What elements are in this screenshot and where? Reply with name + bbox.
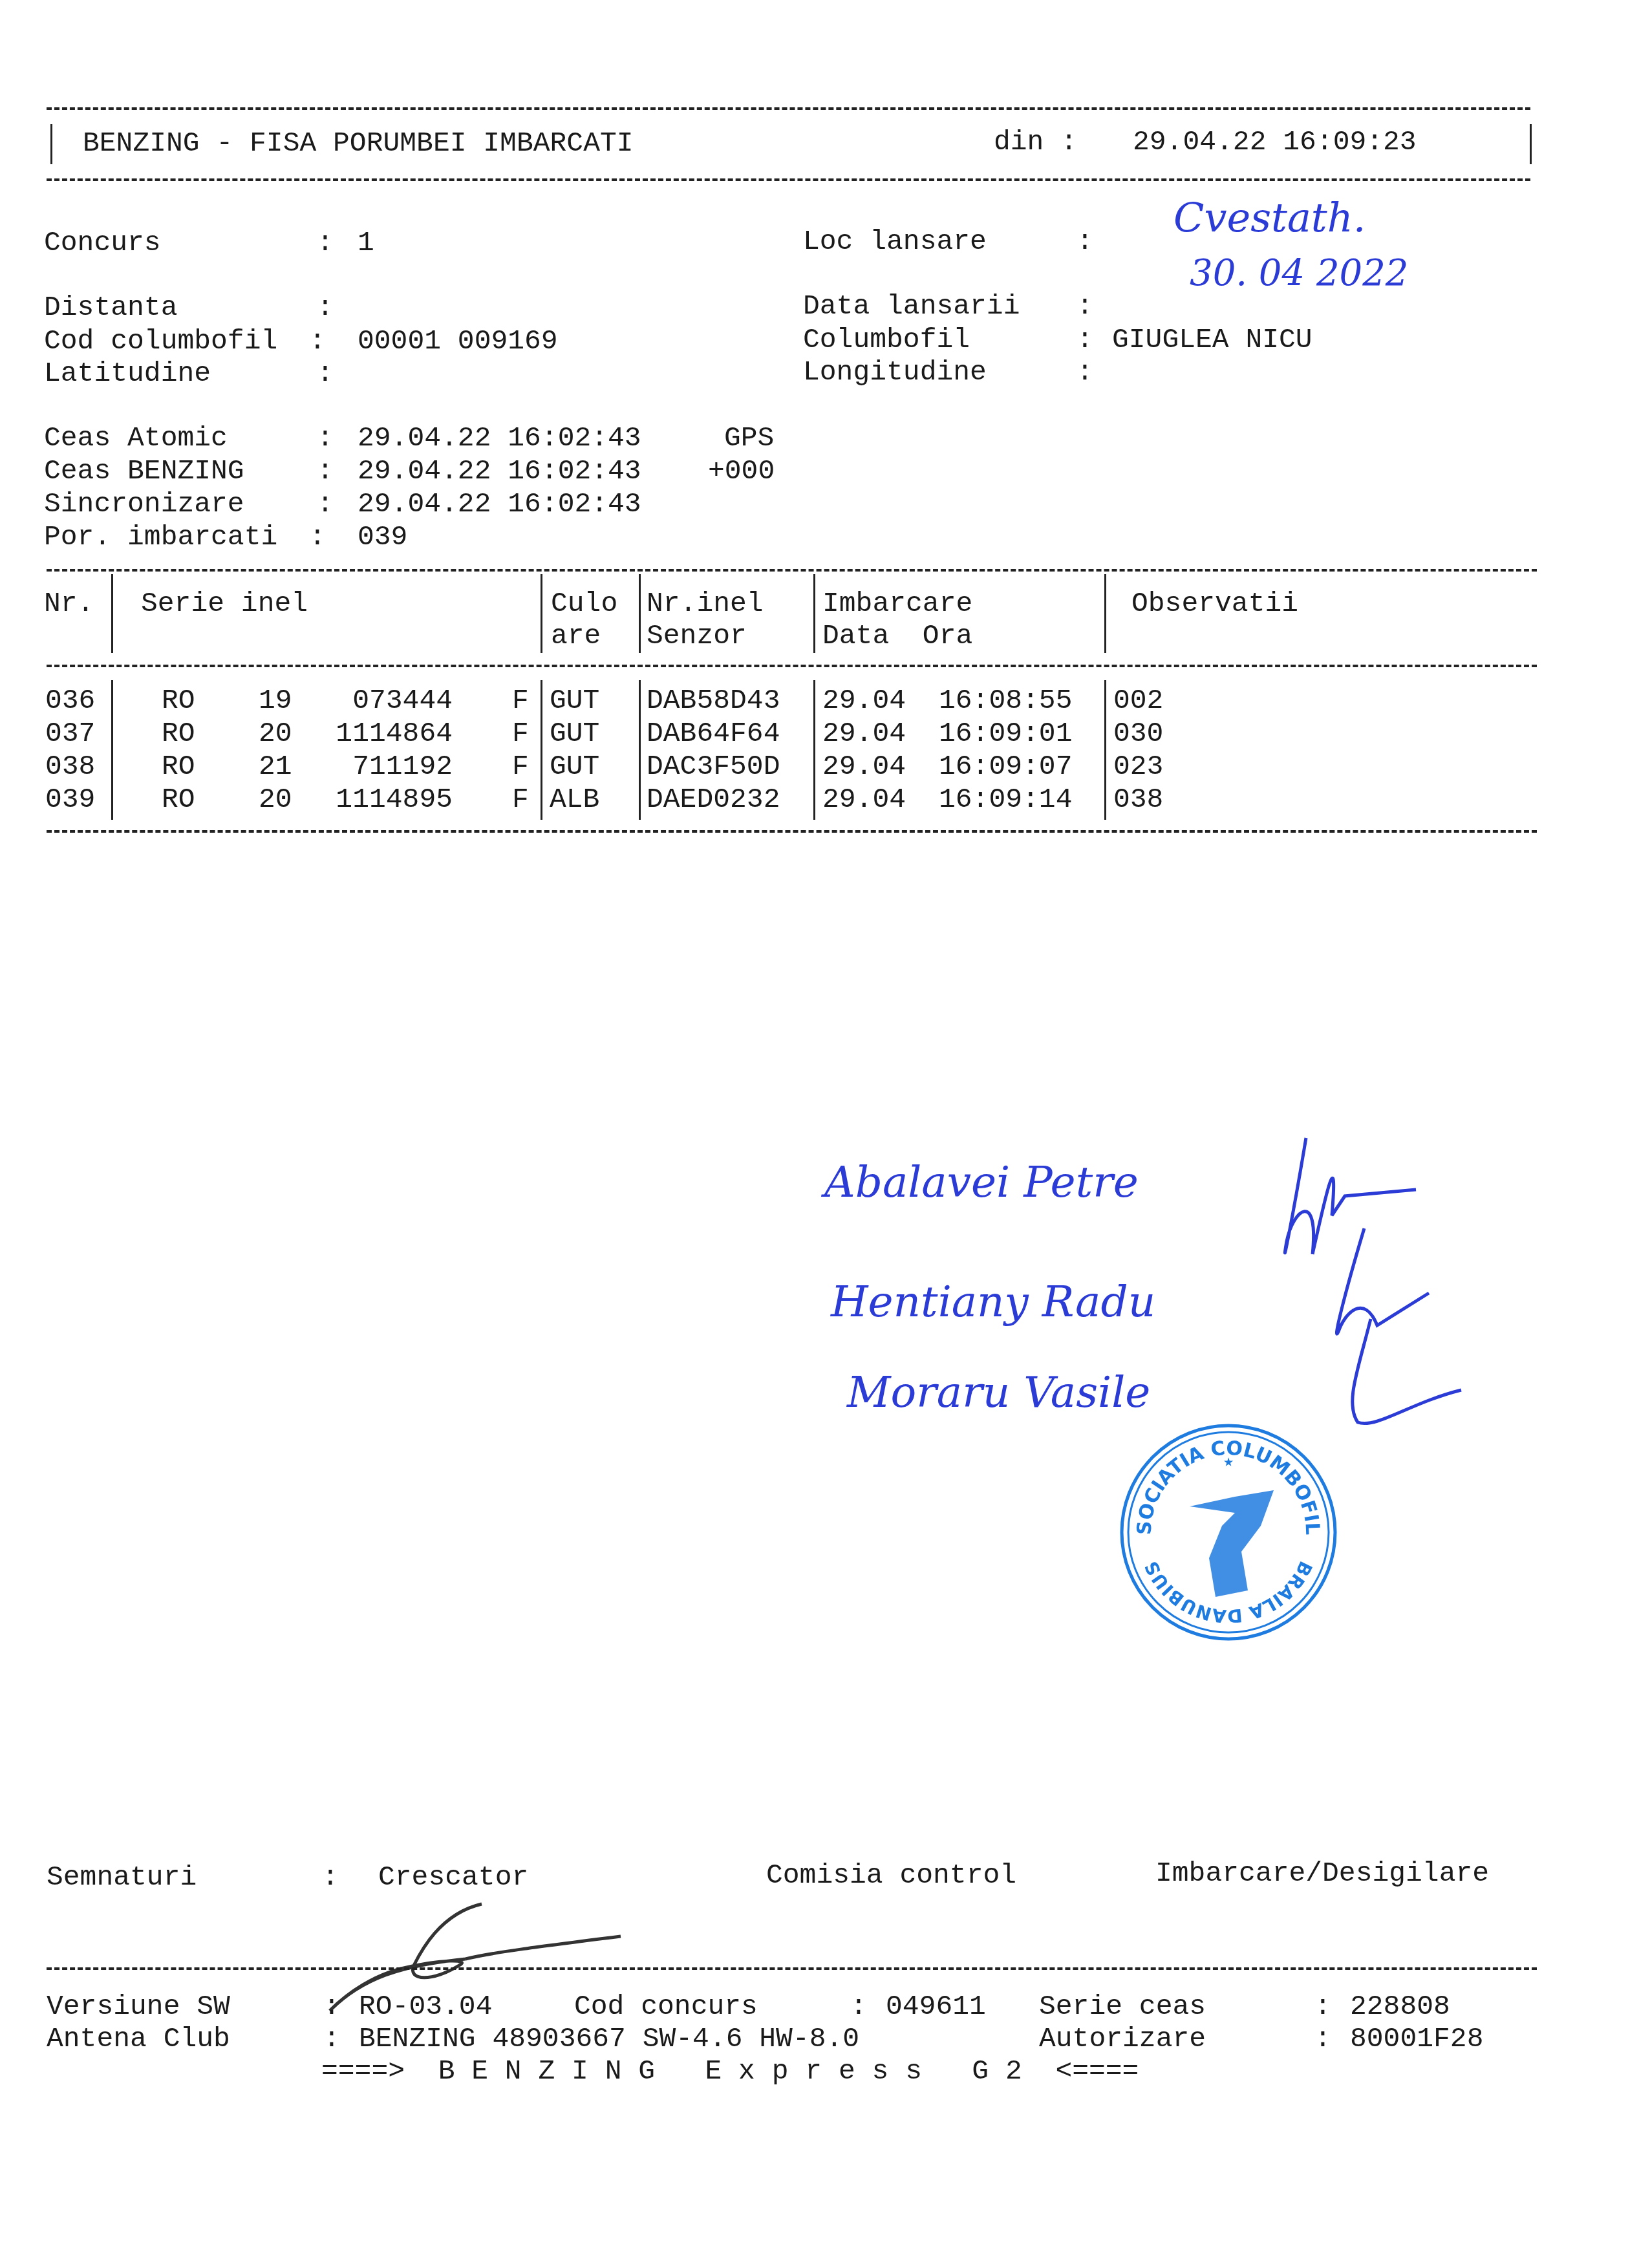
antena-club-label: Antena Club (47, 2022, 230, 2056)
colon: : (1077, 323, 1093, 357)
divider (111, 680, 113, 820)
colon: : (850, 1990, 867, 2024)
print-timestamp: 29.04.22 16:09:23 (1133, 125, 1417, 159)
imbarcare-desigilare-label: Imbarcare/Desigilare (1155, 1857, 1489, 1890)
signature-scribbles (1267, 1099, 1487, 1461)
cell-color: GUT (550, 717, 599, 751)
cell-sensor: DAB58D43 (647, 684, 780, 718)
col-header-senzor-2: Senzor (647, 619, 747, 653)
colon: : (1077, 356, 1093, 389)
colon: : (1077, 290, 1093, 323)
divider (541, 574, 542, 653)
cell-color: GUT (550, 684, 599, 718)
divider (813, 574, 815, 653)
serie-ceas-label: Serie ceas (1039, 1990, 1206, 2024)
columbofil-value: GIUGLEA NICU (1112, 323, 1312, 357)
cell-nr: 037 (45, 717, 95, 751)
autorizare-label: Autorizare (1039, 2022, 1206, 2056)
crescator-label: Crescator (378, 1861, 528, 1894)
sincronizare-label: Sincronizare (44, 487, 244, 521)
sincronizare-value: 29.04.22 16:02:43 (358, 487, 641, 521)
cell-sensor: DAB64F64 (647, 717, 780, 751)
latitudine-label: Latitudine (44, 357, 211, 390)
por-imbarcati-value: 039 (358, 520, 407, 554)
colon: : (317, 455, 334, 488)
col-header-senzor: Nr.inel (647, 587, 764, 621)
cell-sensor: DAC3F50D (647, 750, 780, 784)
ceas-benzing-offset: +000 (708, 455, 775, 488)
commission-name-3: Moraru Vasile (847, 1367, 1150, 1417)
document-title: BENZING - FISA PORUMBEI IMBARCATI (83, 127, 634, 160)
autorizare-value: 80001F28 (1350, 2022, 1483, 2056)
antena-club-value: BENZING 48903667 SW-4.6 HW-8.0 (359, 2022, 859, 2056)
cell-sex: F (512, 783, 529, 817)
colon: : (1314, 2022, 1331, 2056)
colon: : (309, 325, 326, 358)
cell-ring: 073444 (352, 684, 453, 718)
cod-columbofil-label: Cod columbofil (44, 325, 277, 358)
svg-text:ASOCIATIA COLUMBOFILA: ASOCIATIA COLUMBOFILA (1112, 1416, 1323, 1535)
ceas-benzing-label: Ceas BENZING (44, 455, 244, 488)
cell-sex: F (512, 684, 529, 718)
cell-year: 20 (259, 717, 292, 751)
col-header-imbarcare: Imbarcare (822, 587, 972, 621)
concurs-value: 1 (358, 226, 374, 260)
por-imbarcati-label: Por. imbarcati (44, 520, 277, 554)
colon: : (317, 226, 334, 260)
cell-color: ALB (550, 783, 599, 817)
colon: : (322, 1861, 339, 1894)
table-bottom-border (47, 830, 1537, 833)
ceas-atomic-value: 29.04.22 16:02:43 (358, 422, 641, 455)
cod-concurs-value: 049611 (886, 1990, 986, 2024)
ceas-atomic-label: Ceas Atomic (44, 422, 228, 455)
colon: : (309, 520, 326, 554)
divider (813, 680, 815, 820)
colon: : (1314, 1990, 1331, 2024)
cell-observatii: 023 (1113, 750, 1163, 784)
cell-sensor: DAED0232 (647, 783, 780, 817)
ceas-atomic-source: GPS (724, 422, 774, 455)
handwritten-loc-lansare: Cvestath. (1173, 194, 1366, 241)
cell-nr: 036 (45, 684, 95, 718)
data-lansarii-label: Data lansarii (803, 290, 1020, 323)
cell-year: 20 (259, 783, 292, 817)
ceas-benzing-value: 29.04.22 16:02:43 (358, 455, 641, 488)
cell-time: 16:09:07 (939, 750, 1072, 784)
cod-concurs-label: Cod concurs (574, 1990, 758, 2024)
colon: : (323, 2022, 340, 2056)
cell-sex: F (512, 717, 529, 751)
divider (47, 107, 1530, 110)
table-top-border (47, 569, 1537, 572)
col-header-imbarcare-2: Data Ora (822, 619, 972, 653)
cell-observatii: 038 (1113, 783, 1163, 817)
colon: : (317, 357, 334, 390)
cell-nr: 039 (45, 783, 95, 817)
cell-observatii: 002 (1113, 684, 1163, 718)
cell-country: RO (162, 717, 195, 751)
concurs-label: Concurs (44, 226, 161, 260)
cell-date: 29.04 (822, 684, 906, 718)
cell-country: RO (162, 783, 195, 817)
benzing-express-banner: ====> B E N Z I N G E x p r e s s G 2 <=… (321, 2055, 1139, 2088)
cell-date: 29.04 (822, 783, 906, 817)
colon: : (323, 1990, 340, 2024)
colon: : (317, 422, 334, 455)
divider (1104, 680, 1106, 820)
serie-ceas-value: 228808 (1350, 1990, 1450, 2024)
cell-country: RO (162, 684, 195, 718)
cell-year: 21 (259, 750, 292, 784)
colon: : (317, 487, 334, 521)
association-stamp: ASOCIATIA COLUMBOFILA BRAILA DANUBIUS ★ (1112, 1416, 1345, 1649)
pigeon-icon (1190, 1490, 1274, 1597)
comisia-control-label: Comisia control (766, 1859, 1016, 1892)
divider (541, 680, 542, 820)
col-header-nr: Nr. (44, 587, 94, 621)
cell-ring: 1114864 (336, 717, 453, 751)
divider (1104, 574, 1106, 653)
divider (111, 574, 113, 653)
colon: : (1077, 225, 1093, 259)
handwritten-data-lansarii: 30. 04 2022 (1190, 252, 1408, 294)
cell-nr: 038 (45, 750, 95, 784)
divider (639, 680, 641, 820)
col-header-observatii: Observatii (1131, 587, 1298, 621)
cell-time: 16:09:14 (939, 783, 1072, 817)
divider (50, 124, 52, 164)
cell-observatii: 030 (1113, 717, 1163, 751)
cell-year: 19 (259, 684, 292, 718)
divider (1530, 124, 1532, 164)
columbofil-label: Columbofil (803, 323, 970, 357)
distanta-label: Distanta (44, 291, 177, 325)
footer-divider (47, 1967, 1537, 1970)
din-label: din : (994, 125, 1077, 159)
cod-columbofil-value: 00001 009169 (358, 325, 558, 358)
cell-ring: 1114895 (336, 783, 453, 817)
table-header-border (47, 665, 1537, 667)
cell-ring: 711192 (352, 750, 453, 784)
versiune-sw-label: Versiune SW (47, 1990, 230, 2024)
cell-country: RO (162, 750, 195, 784)
col-header-culoare-2: are (551, 619, 601, 653)
cell-time: 16:08:55 (939, 684, 1072, 718)
cell-time: 16:09:01 (939, 717, 1072, 751)
col-header-serie: Serie inel (141, 587, 308, 621)
divider (639, 574, 641, 653)
commission-name-1: Abalavei Petre (824, 1157, 1139, 1207)
cell-date: 29.04 (822, 750, 906, 784)
versiune-sw-value: RO-03.04 (359, 1990, 492, 2024)
loc-lansare-label: Loc lansare (803, 225, 987, 259)
cell-color: GUT (550, 750, 599, 784)
cell-sex: F (512, 750, 529, 784)
colon: : (317, 291, 334, 325)
cell-date: 29.04 (822, 717, 906, 751)
commission-name-2: Hentiany Radu (831, 1277, 1155, 1327)
svg-text:★: ★ (1223, 1452, 1234, 1471)
longitudine-label: Longitudine (803, 356, 987, 389)
semnaturi-label: Semnaturi (47, 1861, 197, 1894)
divider (47, 178, 1530, 181)
col-header-culoare: Culo (551, 587, 617, 621)
